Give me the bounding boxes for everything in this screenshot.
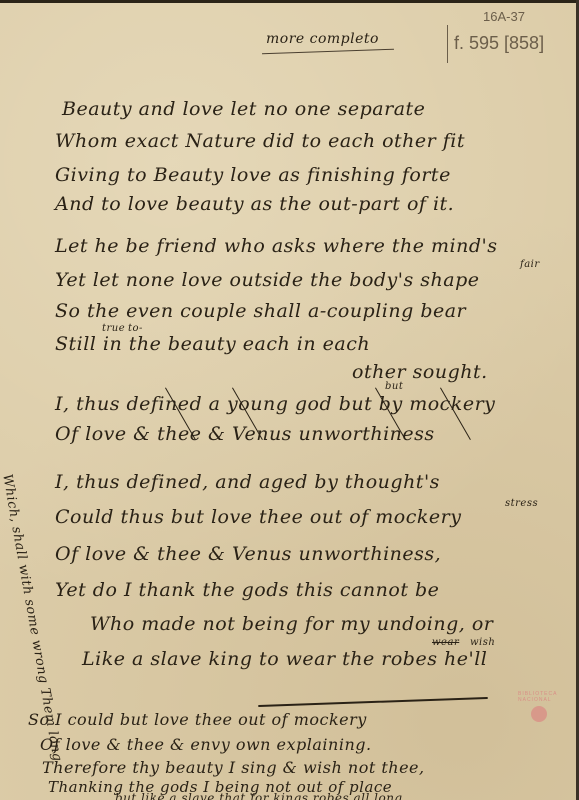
line: So the even couple shall a-coupling bear [55, 300, 466, 322]
line: Giving to Beauty love as finishing forte [55, 164, 451, 186]
folio-mark [447, 25, 448, 63]
catalog-id: 16A-37 [483, 9, 525, 24]
insertion-struck: wear [432, 637, 459, 648]
line: I, thus defined, and aged by thought's [55, 471, 440, 493]
divider-stroke [258, 697, 488, 707]
line: Could thus but love thee out of mockery [55, 506, 461, 528]
insertion: but [385, 381, 403, 392]
line: Of love & thee & Venus unworthiness [55, 423, 435, 445]
header-note: more completo [266, 31, 379, 47]
insertion: fair [520, 259, 540, 270]
header-underline [262, 49, 394, 55]
stamp-seal-icon [531, 706, 547, 722]
line: Who made not being for my undoing, or [90, 613, 493, 635]
line: Beauty and love let no one separate [62, 98, 425, 120]
line: I, thus defined a young god but by mocke… [55, 393, 495, 415]
line: Therefore thy beauty I sing & wish not t… [42, 758, 425, 777]
line: Yet do I thank the gods this cannot be [55, 579, 439, 601]
library-stamp: BIBLIOTECA NACIONAL [518, 691, 564, 737]
line: Of love & thee & Venus unworthiness, [55, 543, 441, 565]
line: Of love & thee & envy own explaining. [40, 735, 372, 754]
line: but like a slave that for kings robes al… [115, 791, 403, 800]
stamp-text: BIBLIOTECA NACIONAL [518, 691, 564, 703]
line: So I could but love thee out of mockery [28, 710, 367, 729]
line: Yet let none love outside the body's sha… [55, 269, 480, 291]
line: And to love beauty as the out-part of it… [55, 193, 454, 215]
line: Let he be friend who asks where the mind… [55, 235, 497, 257]
line: Like a slave king to wear the robes he'l… [82, 648, 487, 670]
insertion: wish [470, 637, 495, 648]
folio-number: f. 595 [858] [454, 33, 544, 54]
insertion: stress [505, 498, 538, 509]
manuscript-page: more completo 16A-37 f. 595 [858] Beauty… [0, 3, 576, 800]
line: Still in the beauty each in each [55, 333, 370, 355]
line: other sought. [352, 361, 488, 383]
line: Whom exact Nature did to each other fit [55, 130, 465, 152]
